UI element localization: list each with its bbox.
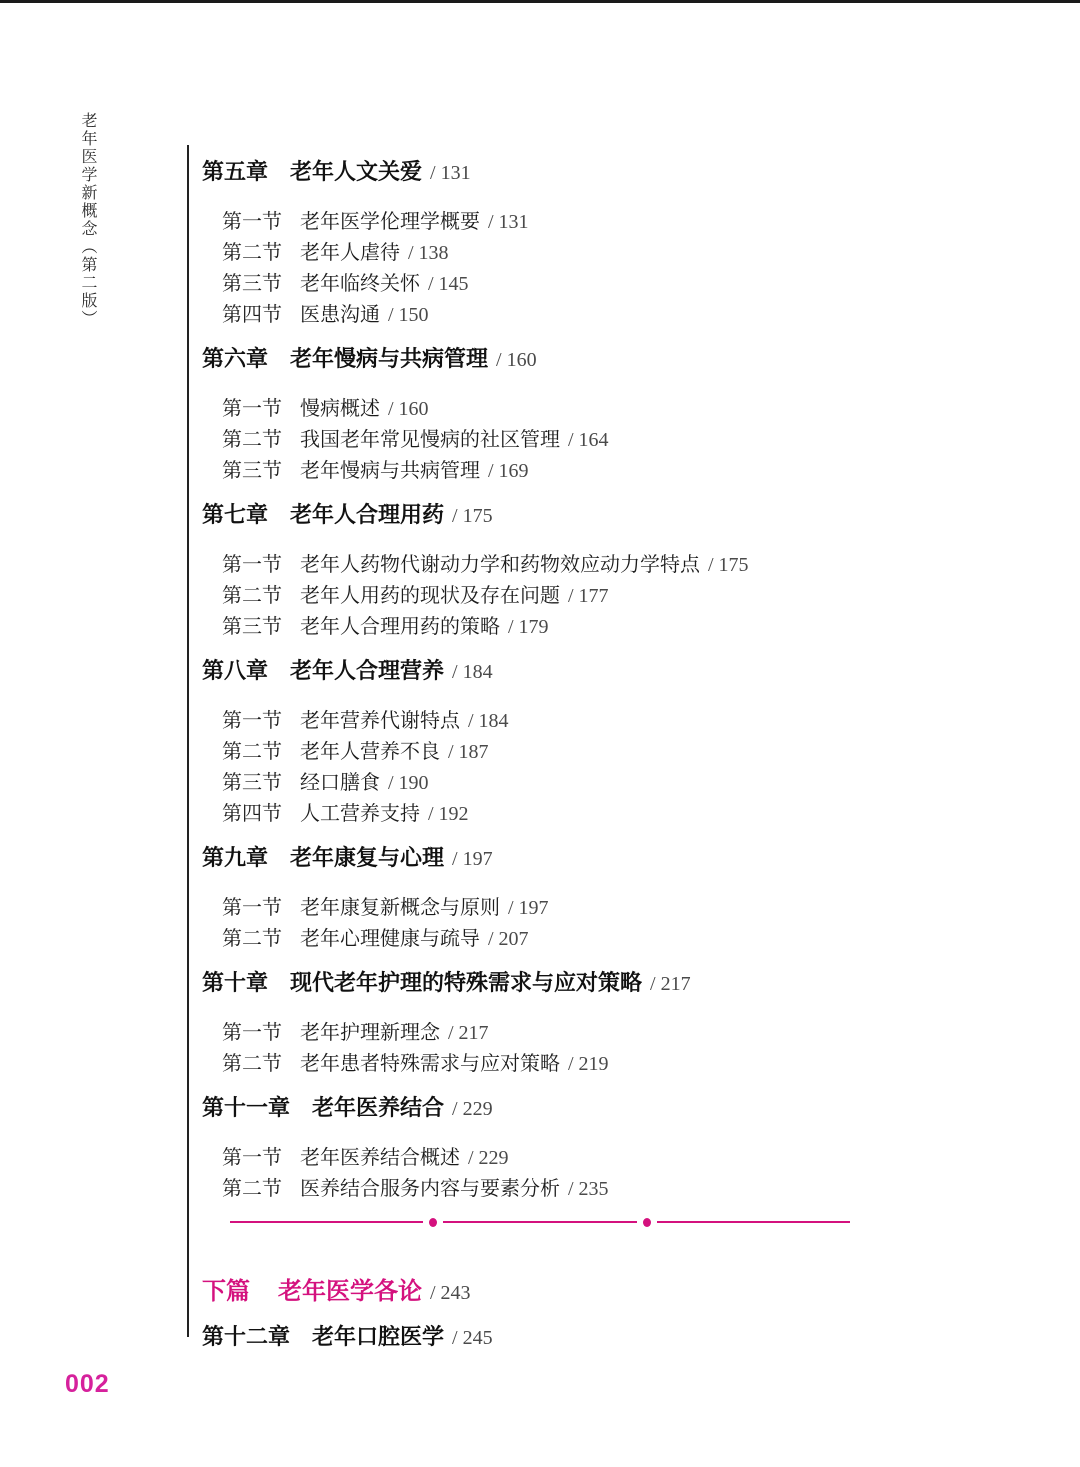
section-title: 老年心理健康与疏导 — [300, 928, 480, 950]
page-ref: / 131 — [430, 162, 471, 184]
divider-line — [657, 1221, 850, 1223]
page-ref: / 175 — [452, 505, 493, 527]
toc-section-row: 第一节老年人药物代谢动力学和药物效应动力学特点/ 175 — [222, 550, 902, 581]
section-title: 医患沟通 — [300, 304, 380, 326]
section-title: 老年康复新概念与原则 — [300, 897, 500, 919]
toc-chapter-heading: 第五章老年人文关爱/ 131 — [202, 156, 902, 189]
toc-section-list: 第一节老年医学伦理学概要/ 131第二节老年人虐待/ 138第三节老年临终关怀/… — [202, 207, 902, 331]
toc-chapter-block: 第八章老年人合理营养/ 184第一节老年营养代谢特点/ 184第二节老年人营养不… — [202, 655, 902, 830]
toc-section-row: 第二节老年心理健康与疏导/ 207 — [222, 924, 902, 955]
toc-section-row: 第二节老年人用药的现状及存在问题/ 177 — [222, 581, 902, 612]
section-label: 第四节 — [222, 803, 282, 825]
chapter-title: 老年人合理用药 — [290, 502, 444, 527]
section-label: 第四节 — [222, 304, 282, 326]
chapter-label: 第八章 — [202, 658, 268, 683]
toc-chapter-heading: 第六章老年慢病与共病管理/ 160 — [202, 343, 902, 376]
section-title: 老年护理新理念 — [300, 1022, 440, 1044]
page-ref: / 179 — [508, 616, 549, 638]
page-ref: / 190 — [388, 772, 429, 794]
toc-section-row: 第三节老年慢病与共病管理/ 169 — [222, 456, 902, 487]
section-label: 第三节 — [222, 772, 282, 794]
scan-edge-top — [0, 0, 1080, 3]
toc-section-list: 第一节老年营养代谢特点/ 184第二节老年人营养不良/ 187第三节经口膳食/ … — [202, 706, 902, 830]
chapter-title: 老年人合理营养 — [290, 658, 444, 683]
toc-content: 第五章老年人文关爱/ 131第一节老年医学伦理学概要/ 131第二节老年人虐待/… — [202, 156, 902, 1354]
page-ref: / 169 — [488, 460, 529, 482]
section-label: 第一节 — [222, 897, 282, 919]
chapter-label: 第九章 — [202, 845, 268, 870]
toc-section-list: 第一节老年护理新理念/ 217第二节老年患者特殊需求与应对策略/ 219 — [202, 1018, 902, 1080]
page-ref: / 217 — [448, 1022, 489, 1044]
page-ref: / 164 — [568, 429, 609, 451]
chapter-label: 第五章 — [202, 159, 268, 184]
toc-section-row: 第三节经口膳食/ 190 — [222, 768, 902, 799]
page-ref: / 192 — [428, 803, 469, 825]
toc-chapter-block: 第六章老年慢病与共病管理/ 160第一节慢病概述/ 160第二节我国老年常见慢病… — [202, 343, 902, 487]
section-title: 慢病概述 — [300, 398, 380, 420]
toc-section-list: 第一节慢病概述/ 160第二节我国老年常见慢病的社区管理/ 164第三节老年慢病… — [202, 394, 902, 487]
page-ref: / 150 — [388, 304, 429, 326]
toc-section-row: 第二节我国老年常见慢病的社区管理/ 164 — [222, 425, 902, 456]
page-ref: / 160 — [496, 349, 537, 371]
section-title: 老年医养结合概述 — [300, 1147, 460, 1169]
page-ref: / 217 — [650, 973, 691, 995]
section-label: 第一节 — [222, 554, 282, 576]
divider-dot-icon — [643, 1218, 651, 1227]
toc-section-row: 第三节老年人合理用药的策略/ 179 — [222, 612, 902, 643]
chapter-title: 老年康复与心理 — [290, 845, 444, 870]
toc-section-row: 第一节老年医养结合概述/ 229 — [222, 1143, 902, 1174]
chapter-title: 现代老年护理的特殊需求与应对策略 — [290, 970, 642, 995]
section-title: 老年慢病与共病管理 — [300, 460, 480, 482]
page-ref: / 219 — [568, 1053, 609, 1075]
toc-chapter-heading: 第十一章老年医养结合/ 229 — [202, 1092, 902, 1125]
section-divider — [230, 1217, 850, 1227]
toc-chapter-heading: 第十章现代老年护理的特殊需求与应对策略/ 217 — [202, 967, 902, 1000]
section-label: 第一节 — [222, 710, 282, 732]
toc-section-row: 第一节老年康复新概念与原则/ 197 — [222, 893, 902, 924]
section-label: 第一节 — [222, 1022, 282, 1044]
toc-chapter-list: 第五章老年人文关爱/ 131第一节老年医学伦理学概要/ 131第二节老年人虐待/… — [202, 156, 902, 1205]
section-label: 第三节 — [222, 460, 282, 482]
chapter-label: 第十二章 — [202, 1324, 290, 1349]
chapter-title: 老年医养结合 — [312, 1095, 444, 1120]
page-ref: / 197 — [508, 897, 549, 919]
sidebar-book-title: 老年医学新概念（第二版） — [76, 112, 99, 328]
page-ref: / 243 — [430, 1282, 471, 1304]
toc-chapter-block: 第十章现代老年护理的特殊需求与应对策略/ 217第一节老年护理新理念/ 217第… — [202, 967, 902, 1080]
section-title: 老年人药物代谢动力学和药物效应动力学特点 — [300, 554, 700, 576]
chapter-title: 老年慢病与共病管理 — [290, 346, 488, 371]
section-label: 第二节 — [222, 585, 282, 607]
divider-line — [230, 1221, 423, 1223]
toc-section-row: 第一节慢病概述/ 160 — [222, 394, 902, 425]
section-label: 第二节 — [222, 242, 282, 264]
toc-chapter-heading: 第十二章老年口腔医学/ 245 — [202, 1321, 902, 1354]
section-label: 第一节 — [222, 398, 282, 420]
page-ref: / 184 — [468, 710, 509, 732]
toc-section-row: 第二节老年人虐待/ 138 — [222, 238, 902, 269]
page-ref: / 177 — [568, 585, 609, 607]
section-title: 老年医学伦理学概要 — [300, 211, 480, 233]
page-ref: / 145 — [428, 273, 469, 295]
page-ref: / 187 — [448, 741, 489, 763]
part-heading: 下篇老年医学各论/ 243 — [202, 1275, 902, 1310]
toc-section-row: 第一节老年医学伦理学概要/ 131 — [222, 207, 902, 238]
page-ref: / 131 — [488, 211, 529, 233]
toc-section-list: 第一节老年医养结合概述/ 229第二节医养结合服务内容与要素分析/ 235 — [202, 1143, 902, 1205]
page-ref: / 235 — [568, 1178, 609, 1200]
page-ref: / 229 — [468, 1147, 509, 1169]
page-ref: / 207 — [488, 928, 529, 950]
toc-chapter-heading: 第九章老年康复与心理/ 197 — [202, 842, 902, 875]
page-ref: / 138 — [408, 242, 449, 264]
toc-section-list: 第一节老年人药物代谢动力学和药物效应动力学特点/ 175第二节老年人用药的现状及… — [202, 550, 902, 643]
toc-chapter-block: 第七章老年人合理用药/ 175第一节老年人药物代谢动力学和药物效应动力学特点/ … — [202, 499, 902, 643]
section-label: 第二节 — [222, 1178, 282, 1200]
toc-section-row: 第二节医养结合服务内容与要素分析/ 235 — [222, 1174, 902, 1205]
section-title: 老年人用药的现状及存在问题 — [300, 585, 560, 607]
section-label: 第一节 — [222, 211, 282, 233]
toc-section-row: 第四节人工营养支持/ 192 — [222, 799, 902, 830]
section-title: 老年人合理用药的策略 — [300, 616, 500, 638]
book-page: 老年医学新概念（第二版） 第五章老年人文关爱/ 131第一节老年医学伦理学概要/… — [0, 0, 1080, 1467]
toc-section-row: 第二节老年患者特殊需求与应对策略/ 219 — [222, 1049, 902, 1080]
chapter-label: 第六章 — [202, 346, 268, 371]
toc-section-list: 第一节老年康复新概念与原则/ 197第二节老年心理健康与疏导/ 207 — [202, 893, 902, 955]
toc-chapter-block: 第十一章老年医养结合/ 229第一节老年医养结合概述/ 229第二节医养结合服务… — [202, 1092, 902, 1205]
chapter-title: 老年人文关爱 — [290, 159, 422, 184]
page-number: 002 — [65, 1370, 110, 1399]
divider-dot-icon — [429, 1218, 437, 1227]
section-label: 第二节 — [222, 429, 282, 451]
page-ref: / 197 — [452, 848, 493, 870]
section-label: 第一节 — [222, 1147, 282, 1169]
toc-chapter-heading: 第七章老年人合理用药/ 175 — [202, 499, 902, 532]
chapter-label: 第七章 — [202, 502, 268, 527]
page-ref: / 245 — [452, 1327, 493, 1349]
toc-section-row: 第四节医患沟通/ 150 — [222, 300, 902, 331]
section-label: 第二节 — [222, 928, 282, 950]
part-title: 老年医学各论 — [278, 1278, 422, 1305]
section-title: 老年人虐待 — [300, 242, 400, 264]
chapter-title: 老年口腔医学 — [312, 1324, 444, 1349]
section-title: 老年临终关怀 — [300, 273, 420, 295]
section-title: 经口膳食 — [300, 772, 380, 794]
toc-section-row: 第一节老年护理新理念/ 217 — [222, 1018, 902, 1049]
section-title: 老年营养代谢特点 — [300, 710, 460, 732]
vertical-rule — [187, 145, 189, 1337]
divider-line — [443, 1221, 636, 1223]
toc-chapter-block: 第五章老年人文关爱/ 131第一节老年医学伦理学概要/ 131第二节老年人虐待/… — [202, 156, 902, 331]
section-title: 人工营养支持 — [300, 803, 420, 825]
section-label: 第二节 — [222, 1053, 282, 1075]
section-title: 老年患者特殊需求与应对策略 — [300, 1053, 560, 1075]
chapter-label: 第十一章 — [202, 1095, 290, 1120]
toc-chapter-block: 第九章老年康复与心理/ 197第一节老年康复新概念与原则/ 197第二节老年心理… — [202, 842, 902, 955]
page-ref: / 229 — [452, 1098, 493, 1120]
section-label: 第三节 — [222, 273, 282, 295]
toc-section-row: 第一节老年营养代谢特点/ 184 — [222, 706, 902, 737]
section-label: 第二节 — [222, 741, 282, 763]
section-label: 第三节 — [222, 616, 282, 638]
section-title: 医养结合服务内容与要素分析 — [300, 1178, 560, 1200]
part-label: 下篇 — [202, 1278, 250, 1305]
toc-section-row: 第三节老年临终关怀/ 145 — [222, 269, 902, 300]
page-ref: / 184 — [452, 661, 493, 683]
chapter-label: 第十章 — [202, 970, 268, 995]
page-ref: / 160 — [388, 398, 429, 420]
section-title: 老年人营养不良 — [300, 741, 440, 763]
section-title: 我国老年常见慢病的社区管理 — [300, 429, 560, 451]
toc-section-row: 第二节老年人营养不良/ 187 — [222, 737, 902, 768]
page-ref: / 175 — [708, 554, 749, 576]
toc-chapter-heading: 第八章老年人合理营养/ 184 — [202, 655, 902, 688]
